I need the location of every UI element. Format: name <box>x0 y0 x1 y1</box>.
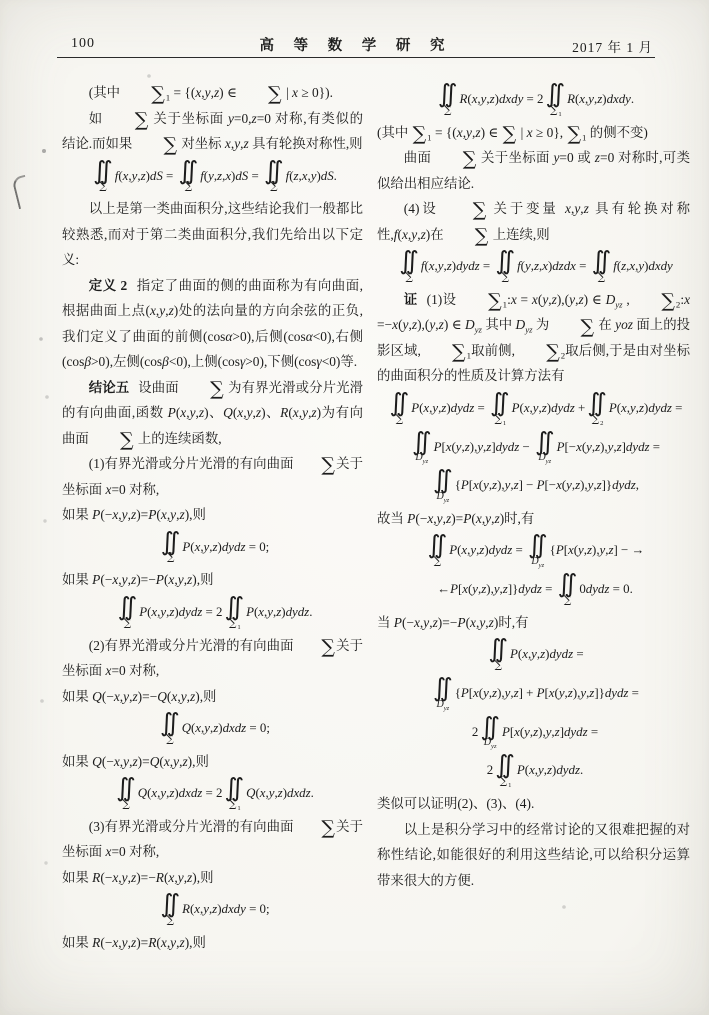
sigma-symbol: ∑ <box>395 414 405 425</box>
display-formula: ←P[x(y,z),y,z]}dydz = ∫∫∑0dydz = 0. <box>371 571 699 609</box>
paragraph-lead: 定义 2 <box>89 278 127 293</box>
double-integral: ∫∫∑ <box>118 597 138 629</box>
display-formula: ∫∫∑f(x,y,z)dydz = ∫∫∑f(y,z,x)dzdx = ∫∫∑f… <box>371 248 699 286</box>
double-integral: ∫∫∑ <box>558 574 578 606</box>
sigma-symbol: ∑ <box>591 414 601 425</box>
sigma-symbol: ∑ <box>597 272 607 283</box>
paragraph: 如 ∑ 关于坐标面 y=0,z=0 对称,有类似的结论.而如果 ∑ 对坐标 x,… <box>62 106 363 157</box>
sigma-symbol: ∑ <box>447 227 489 246</box>
display-formula: ∫∫Dyz{P[x(y,z),y,z] − P[−x(y,z),y,z]}dyd… <box>371 467 699 505</box>
sigma-symbol: ∑ <box>228 799 238 810</box>
sigma-symbol: ∑ <box>500 272 510 283</box>
double-integral: ∫∫∑1 <box>224 597 244 629</box>
paragraph: (3)有界光滑或分片光滑的有向曲面∑关于坐标面 x=0 对称, <box>62 814 363 865</box>
sigma-symbol: ∑ <box>166 552 176 563</box>
sigma-symbol: ∑ <box>553 318 595 337</box>
double-integral: ∫∫∑ <box>488 639 508 671</box>
display-formula: ∫∫∑Q(x,y,z)dxdz = 2∫∫∑1Q(x,y,z)dxdz. <box>56 775 372 813</box>
paragraph: (2)有界光滑或分片光滑的有向曲面∑关于坐标面 x=0 对称, <box>62 633 363 684</box>
display-formula: ∫∫Dyz{P[x(y,z),y,z] + P[x(y,z),y,z]}dydz… <box>371 675 699 713</box>
sigma-symbol: ∑ <box>269 181 279 192</box>
sigma-symbol: ∑ <box>294 638 336 657</box>
sigma-symbol: ∑ <box>228 618 238 629</box>
sigma-symbol: ∑ <box>136 136 178 155</box>
display-formula: ∫∫DyzP[x(y,z),y,z]dydz − ∫∫DyzP[−x(y,z),… <box>371 429 699 467</box>
display-formula: ∫∫∑P(x,y,z)dydz = ∫∫Dyz{P[x(y,z),y,z] − … <box>371 532 699 570</box>
sigma-symbol: ∑ <box>404 272 414 283</box>
sigma-symbol: ∑ <box>412 125 428 144</box>
sigma-symbol: ∑ <box>182 380 224 399</box>
double-integral: ∫∫∑1 <box>490 393 510 425</box>
sigma-symbol: ∑ <box>123 85 165 104</box>
sigma-symbol: ∑ <box>240 85 282 104</box>
sigma-symbol: ∑ <box>493 414 503 425</box>
double-integral: ∫∫Dyz <box>433 470 453 502</box>
scan-speckles <box>0 0 2 2</box>
paragraph: 证(1)设 ∑1:x = x(y,z),(y,z) ∈ Dyz , ∑2:x =… <box>377 287 690 389</box>
double-integral: ∫∫∑ <box>390 393 410 425</box>
sigma-symbol: ∑ <box>165 734 175 745</box>
double-integral: ∫∫∑ <box>592 251 612 283</box>
display-formula: ∫∫∑P(x,y,z)dydz = 0; <box>56 529 372 567</box>
paragraph: 类似可以证明(2)、(3)、(4). <box>377 791 690 817</box>
paragraph: 当 P(−x,y,z)=−P(x,y,z)时,有 <box>377 610 690 636</box>
paragraph: (其中 ∑1 = {(x,y,z) ∈ ∑ | x ≥ 0}, ∑1 的侧不变) <box>377 120 690 146</box>
sigma-symbol: ∑ <box>123 618 133 629</box>
header-rule <box>57 57 655 58</box>
sigma-symbol: ∑ <box>98 181 108 192</box>
double-integral: ∫∫∑ <box>495 251 515 283</box>
sigma-symbol: ∑ <box>634 292 676 311</box>
journal-title: 高 等 数 学 研 究 <box>57 34 655 55</box>
paragraph: 结论五设曲面 ∑ 为有界光滑或分片光滑的有向曲面,函数 P(x,y,z)、Q(x… <box>62 375 363 452</box>
sigma-symbol: ∑ <box>566 125 582 144</box>
sigma-symbol: ∑ <box>460 292 502 311</box>
paragraph: (1)有界光滑或分片光滑的有向曲面∑关于坐标面 x=0 对称, <box>62 451 363 502</box>
double-integral: ∫∫∑ <box>161 532 181 564</box>
paragraph: 如果 P(−x,y,z)=−P(x,y,z),则 <box>62 567 363 593</box>
double-integral: ∫∫∑ <box>179 161 199 193</box>
sigma-symbol: ∑ <box>165 915 175 926</box>
paragraph: 如果 R(−x,y,z)=−R(x,y,z),则 <box>62 865 363 891</box>
double-integral: ∫∫Dyz <box>412 432 432 464</box>
paragraph: 如果 Q(−x,y,z)=−Q(x,y,z),则 <box>62 684 363 710</box>
sigma-symbol: ∑ <box>294 456 336 475</box>
double-integral: ∫∫∑1 <box>224 778 244 810</box>
double-integral: ∫∫∑ <box>160 713 180 745</box>
page-header: 100 高 等 数 学 研 究 2017 年 1 月 <box>57 34 655 56</box>
double-integral: ∫∫Dyz <box>433 678 453 710</box>
display-formula: 2∫∫DyzP[x(y,z),y,z]dydz = <box>371 714 699 752</box>
double-integral: ∫∫∑1 <box>495 755 515 787</box>
double-integral: ∫∫∑1 <box>545 84 565 116</box>
sigma-symbol: ∑ <box>493 660 503 671</box>
sigma-symbol: ∑ <box>499 776 509 787</box>
double-integral: ∫∫∑ <box>93 161 113 193</box>
paragraph: 以上是第一类曲面积分,这些结论我们一般都比较熟悉,而对于第二类曲面积分,我们先给… <box>62 196 363 273</box>
sigma-symbol: ∑ <box>121 799 131 810</box>
display-formula: ∫∫∑Q(x,y,z)dxdz = 0; <box>56 710 372 748</box>
paragraph: (4)设 ∑ 关于变量 x,y,z 具有轮换对称性,f(x,y,z)在 ∑ 上连… <box>377 196 690 247</box>
sigma-symbol: ∑ <box>518 343 560 362</box>
left-column: (其中 ∑1 = {(x,y,z) ∈ ∑ | x ≥ 0}).如 ∑ 关于坐标… <box>62 80 363 956</box>
double-integral: ∫∫∑ <box>264 161 284 193</box>
display-formula: ∫∫∑P(x,y,z)dydz = <box>371 636 699 674</box>
sigma-symbol: ∑ <box>445 201 487 220</box>
paragraph: 如果 Q(−x,y,z)=Q(x,y,z),则 <box>62 749 363 775</box>
paragraph: 定义 2指定了曲面的侧的曲面称为有向曲面,根据曲面上点(x,y,z)处的法向量的… <box>62 273 363 375</box>
paragraph: 如果 P(−x,y,z)=P(x,y,z),则 <box>62 502 363 528</box>
sigma-symbol: ∑ <box>107 111 149 130</box>
scan-hook-mark <box>11 175 32 209</box>
sigma-symbol: ∑ <box>435 150 477 169</box>
sigma-symbol: ∑ <box>563 595 573 606</box>
paragraph-lead: 结论五 <box>89 380 130 395</box>
double-integral: ∫∫∑ <box>399 251 419 283</box>
issue-date: 2017 年 1 月 <box>572 36 653 56</box>
display-formula: ∫∫∑R(x,y,z)dxdy = 0; <box>56 891 372 929</box>
display-formula: ∫∫∑R(x,y,z)dxdy = 2∫∫∑1R(x,y,z)dxdy. <box>371 81 699 119</box>
paragraph: 曲面 ∑ 关于坐标面 y=0 或 z=0 对称时,可类似给出相应结论. <box>377 145 690 196</box>
double-integral: ∫∫∑2 <box>587 393 607 425</box>
paragraph: 以上是积分学习中的经常讨论的又很难把握的对称性结论,如能很好的利用这些结论,可以… <box>377 817 690 894</box>
sigma-symbol: ∑ <box>502 125 518 144</box>
scanned-paper-page: { "colors": { "paper": "#f9f8f4", "ink":… <box>0 0 709 1015</box>
paragraph-lead: 证 <box>404 292 418 307</box>
sigma-symbol: ∑ <box>184 181 194 192</box>
display-formula: 2∫∫∑1P(x,y,z)dydz. <box>371 752 699 790</box>
double-integral: ∫∫Dyz <box>535 432 555 464</box>
double-integral: ∫∫Dyz <box>528 535 548 567</box>
sigma-symbol: ∑ <box>294 819 336 838</box>
sigma-symbol: ∑ <box>424 343 466 362</box>
display-formula: ∫∫∑f(x,y,z)dS = ∫∫∑f(y,z,x)dS = ∫∫∑f(z,x… <box>56 158 372 196</box>
right-column: ∫∫∑R(x,y,z)dxdy = 2∫∫∑1R(x,y,z)dxdy.(其中 … <box>377 80 690 893</box>
double-integral: ∫∫∑ <box>160 894 180 926</box>
sigma-symbol: ∑ <box>549 105 559 116</box>
sigma-symbol: ∑ <box>443 105 453 116</box>
sigma-symbol: ∑ <box>433 556 443 567</box>
double-integral: ∫∫∑ <box>438 84 458 116</box>
double-integral: ∫∫∑ <box>428 535 448 567</box>
display-formula: ∫∫∑P(x,y,z)dydz = ∫∫∑1P(x,y,z)dydz +∫∫∑2… <box>371 390 699 428</box>
double-integral: ∫∫Dyz <box>480 717 500 749</box>
sigma-symbol: ∑ <box>92 431 134 450</box>
paragraph: (其中 ∑1 = {(x,y,z) ∈ ∑ | x ≥ 0}). <box>62 80 363 106</box>
double-integral: ∫∫∑ <box>116 778 136 810</box>
paragraph: 故当 P(−x,y,z)=P(x,y,z)时,有 <box>377 506 690 532</box>
display-formula: ∫∫∑P(x,y,z)dydz = 2∫∫∑1P(x,y,z)dydz. <box>56 594 372 632</box>
paragraph: 如果 R(−x,y,z)=R(x,y,z),则 <box>62 930 363 956</box>
